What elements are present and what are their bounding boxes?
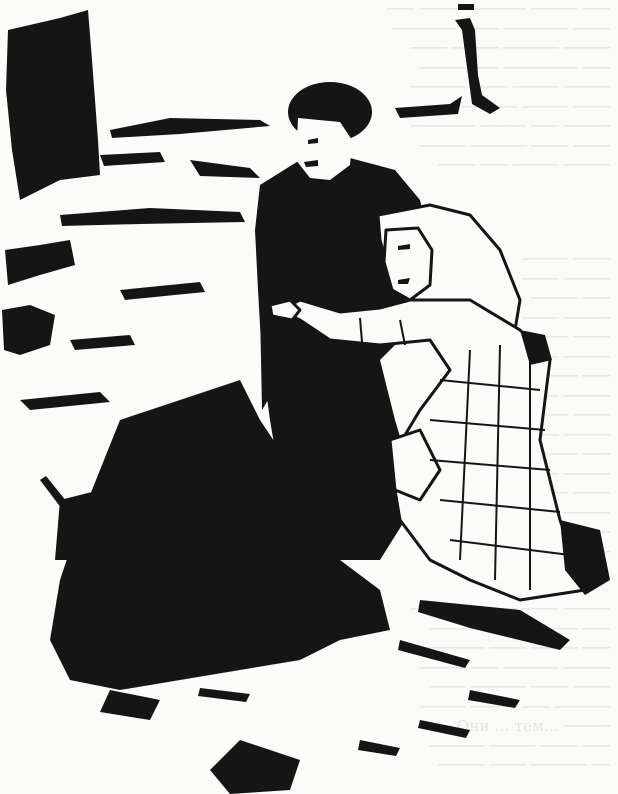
chimney-ruin [395,4,500,118]
scanned-page: ─── ───── ────── ───── ────────── ──── ─… [0,0,618,794]
ink-illustration [0,0,618,794]
girl-face [384,228,432,300]
ruined-wall [6,10,100,200]
